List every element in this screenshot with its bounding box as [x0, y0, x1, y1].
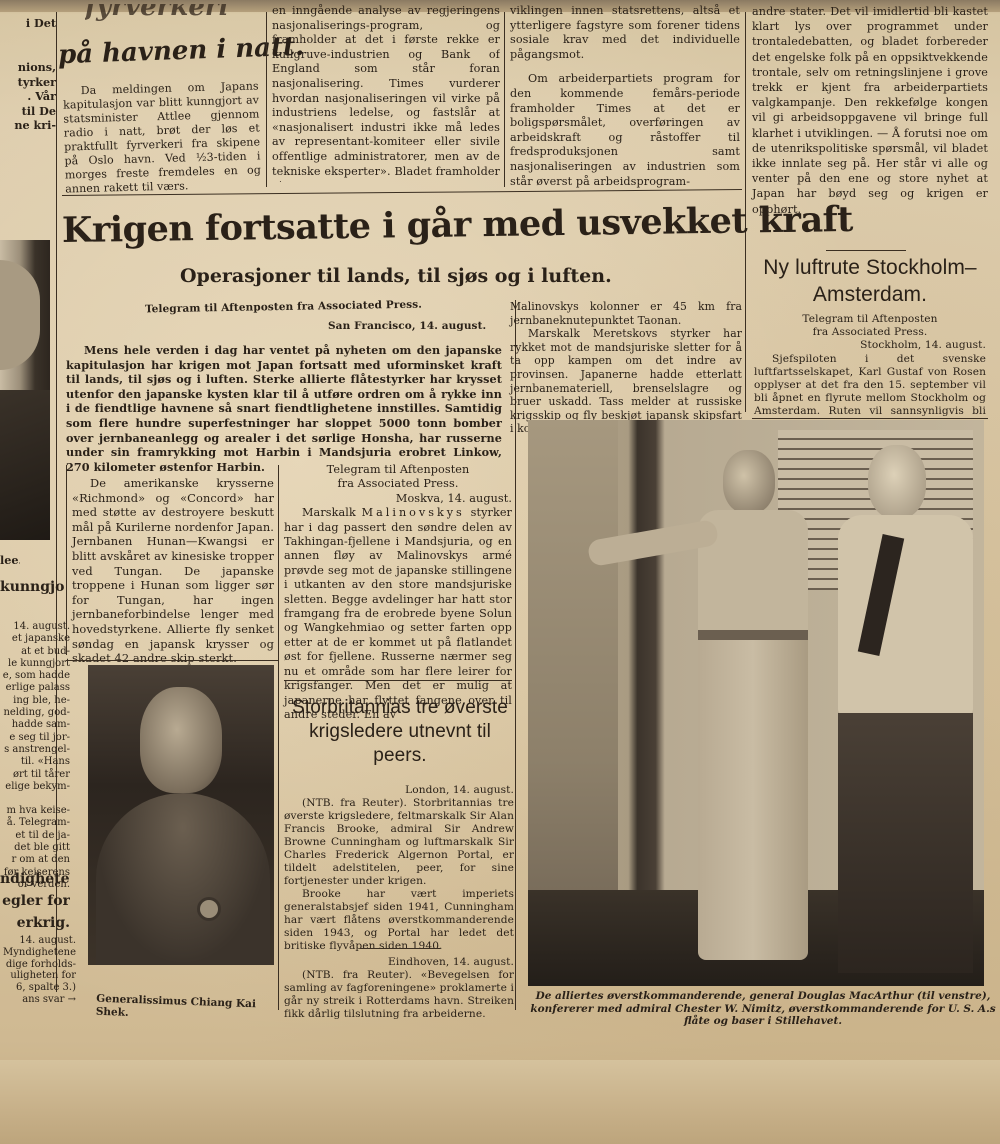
macarthur-caption: De alliertes øverstkommanderende, genera…	[528, 990, 998, 1028]
section-divider	[66, 660, 278, 661]
macarthur-nimitz-photo	[528, 420, 984, 986]
portrait-body	[96, 793, 270, 965]
left-photo-fragment	[0, 240, 50, 540]
medal-icon	[200, 900, 218, 918]
section-divider	[826, 250, 906, 251]
left-caption-fragment: lee.	[0, 553, 20, 567]
times-article-col1: en inngående analyse av regjeringens nas…	[272, 4, 500, 182]
main-headline: Krigen fortsatte i går med usvekket kraf…	[62, 201, 743, 251]
main-column-right: Malinovskys kolonner er 45 km fra jernba…	[510, 300, 742, 436]
column-rule	[66, 465, 67, 655]
moskva-section: Telegram til Aftenposten fra Associated …	[284, 463, 512, 722]
airline-section: Telegram til Aftenposten fra Associated …	[754, 313, 986, 432]
eindhoven-section: Eindhoven, 14. august. (NTB. fra Reuter)…	[284, 956, 514, 1021]
times-article-col2: viklingen innen statsrettens, altså et y…	[510, 4, 740, 189]
column-rule	[278, 465, 279, 1010]
column-rule	[504, 12, 505, 187]
newspaper-page: i Det nions, tyrker . Vår til De ne kri-…	[0, 0, 1000, 1144]
times-article-col3: andre stater. Det vil imidlertid bli kas…	[752, 4, 988, 217]
nimitz-figure	[828, 445, 978, 985]
macarthur-figure	[668, 450, 818, 970]
column-rule	[266, 12, 267, 187]
main-column-left: De amerikanske krysserne «Richmond» og «…	[72, 476, 274, 666]
peers-headline: Storbritannias tre øverste krigsledere u…	[284, 696, 516, 768]
left-headline2-fragment: ndigheteregler forerkrig.	[0, 868, 70, 934]
section-divider	[360, 948, 440, 949]
fyrverkeri-body: Da meldingen om Japans kapitulasjon var …	[63, 79, 262, 196]
moskva-name-spaced: Malinovskys	[362, 506, 465, 519]
chiang-caption: Generalissimus Chiang Kai Shek.	[96, 993, 287, 1025]
page-bottom-fold	[0, 1060, 1000, 1144]
left-column-fragment-top: i Det nions, tyrker . Vår til De ne kri-	[0, 16, 56, 132]
left-body-fragment: 14. august.et japanskeat et bud-le kunng…	[0, 621, 70, 891]
portrait-head	[140, 687, 222, 793]
fyrverkeri-headline: på havnen i natt.	[58, 32, 305, 71]
left-headline-fragment: kunngjort	[0, 580, 64, 594]
left-body2-fragment: 14. august.Myndighetenedige forholds-uli…	[0, 935, 76, 1006]
main-credit: Telegram til Aftenposten fra Associated …	[145, 298, 422, 317]
chiang-kai-shek-photo	[88, 665, 274, 965]
peers-section: London, 14. august. (NTB. fra Reuter). S…	[284, 784, 514, 953]
section-divider	[284, 680, 512, 681]
main-lead: Mens hele verden i dag har ventet på nyh…	[66, 343, 502, 474]
main-dateline: San Francisco, 14. august.	[328, 319, 486, 333]
airline-headline: Ny luftrute Stockholm–Amsterdam.	[752, 254, 988, 308]
main-subheadline: Operasjoner til lands, til sjøs og i luf…	[180, 265, 612, 287]
